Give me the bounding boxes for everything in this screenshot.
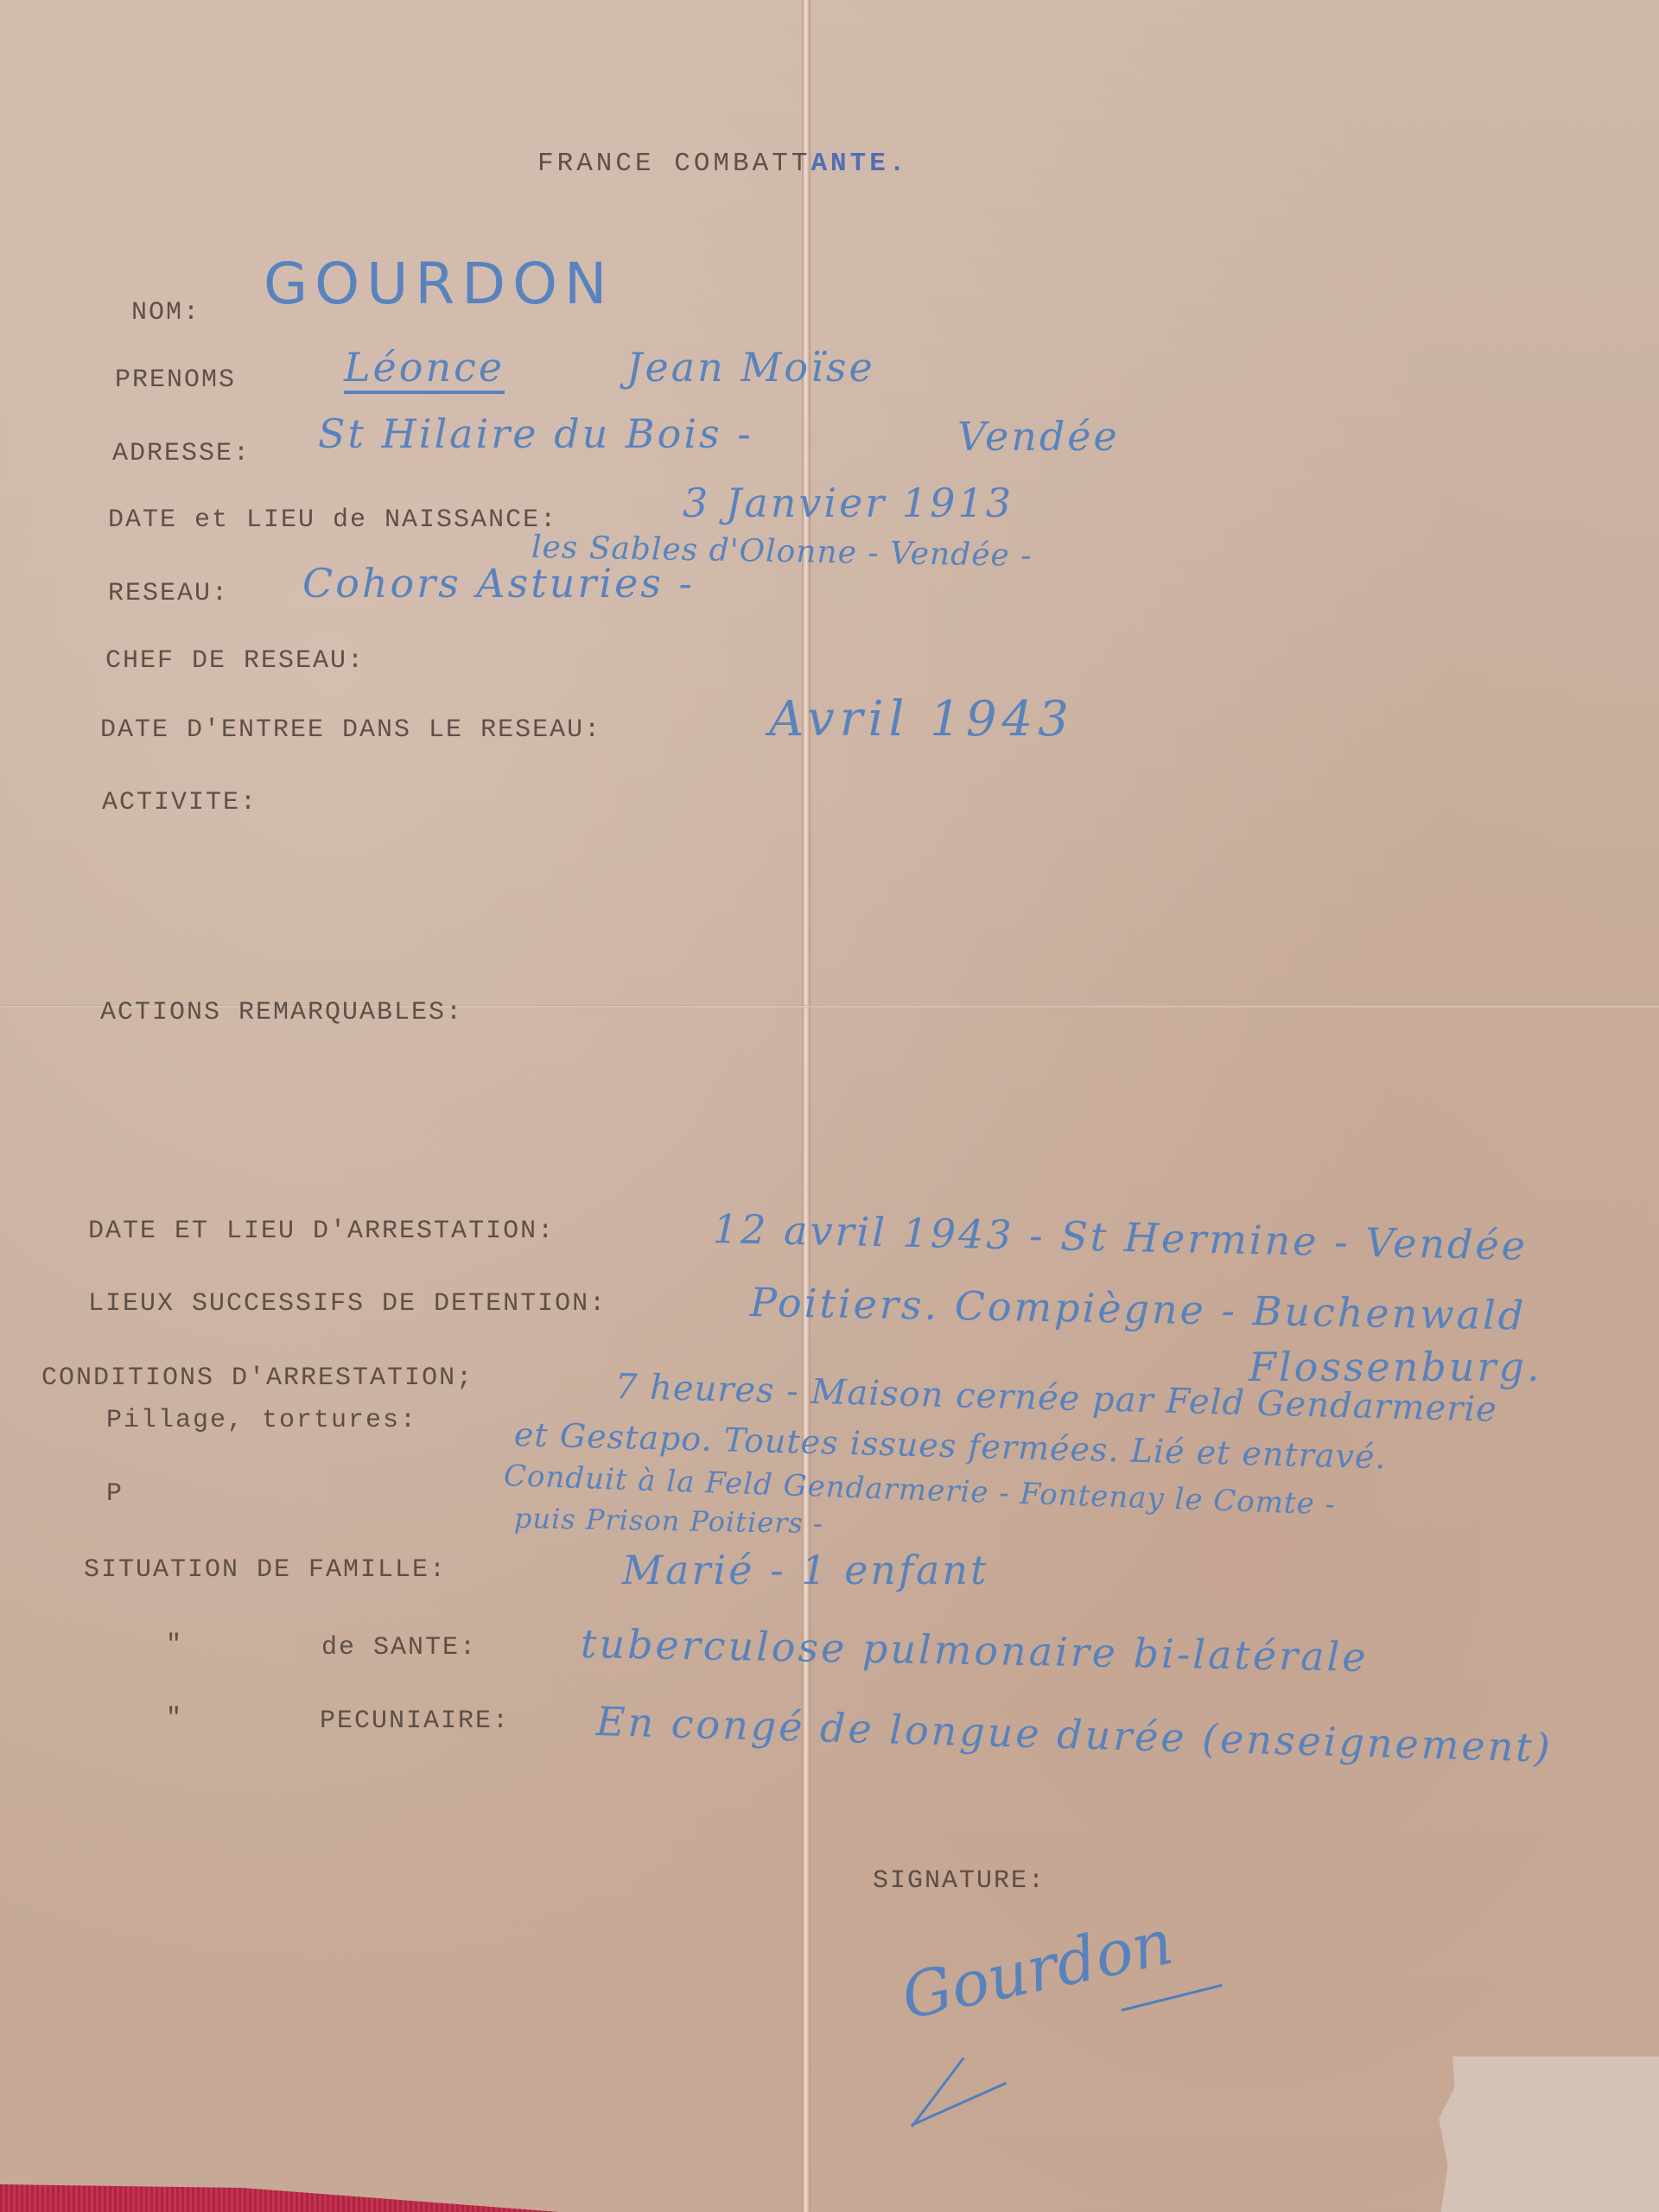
- reseau-value: Cohors Asturies -: [302, 560, 695, 607]
- naissance-label: DATE et LIEU de NAISSANCE:: [108, 505, 557, 535]
- reseau-label: RESEAU:: [108, 579, 229, 608]
- signature-label: SIGNATURE:: [873, 1866, 1046, 1896]
- conditions-line: puis Prison Poitiers -: [514, 1502, 824, 1540]
- famille-label: SITUATION DE FAMILLE:: [84, 1555, 447, 1585]
- nom-value: GOURDON: [264, 251, 613, 317]
- naissance-date: 3 Janvier 1913: [683, 480, 1014, 526]
- pecuniaire-label: PECUNIAIRE:: [320, 1707, 510, 1736]
- nom-label: NOM:: [131, 298, 200, 327]
- famille-value: Marié - 1 enfant: [622, 1547, 989, 1593]
- date-entree-label: DATE D'ENTREE DANS LE RESEAU:: [100, 715, 601, 745]
- conditions-sublabel: Pillage, tortures:: [106, 1406, 417, 1435]
- document-header: FRANCE COMBATTANTE.: [537, 149, 908, 179]
- actions-label: ACTIONS REMARQUABLES:: [100, 998, 463, 1027]
- chef-reseau-label: CHEF DE RESEAU:: [105, 646, 365, 676]
- conditions-label: CONDITIONS D'ARRESTATION;: [41, 1363, 474, 1393]
- vertical-fold: [802, 0, 810, 2212]
- torn-edge: [1434, 2056, 1659, 2212]
- conditions-sublabel-p: P: [106, 1479, 124, 1509]
- arrestation-label: DATE ET LIEU D'ARRESTATION:: [88, 1217, 555, 1246]
- pecuniaire-ditto: ": [166, 1704, 183, 1733]
- prenoms-label: PRENOMS: [115, 365, 236, 395]
- adresse-value: St Hilaire du Bois -: [318, 410, 753, 457]
- sante-ditto: ": [166, 1630, 183, 1660]
- sante-label: de SANTE:: [321, 1633, 477, 1662]
- detention-value-2: Flossenburg.: [1249, 1344, 1542, 1390]
- header-overstrike: ANTE.: [810, 149, 908, 179]
- document-paper: [0, 0, 1659, 2212]
- activite-label: ACTIVITE:: [102, 788, 257, 817]
- detention-label: LIEUX SUCCESSIFS DE DETENTION:: [88, 1289, 607, 1319]
- adresse-value-2: Vendée: [957, 413, 1120, 460]
- header-typed: FRANCE COMBATT: [537, 149, 810, 179]
- date-entree-value: Avril 1943: [769, 691, 1074, 747]
- prenoms-rest: Jean Moïse: [626, 344, 875, 391]
- prenoms-first: Léonce: [344, 344, 505, 394]
- adresse-label: ADRESSE:: [112, 439, 251, 468]
